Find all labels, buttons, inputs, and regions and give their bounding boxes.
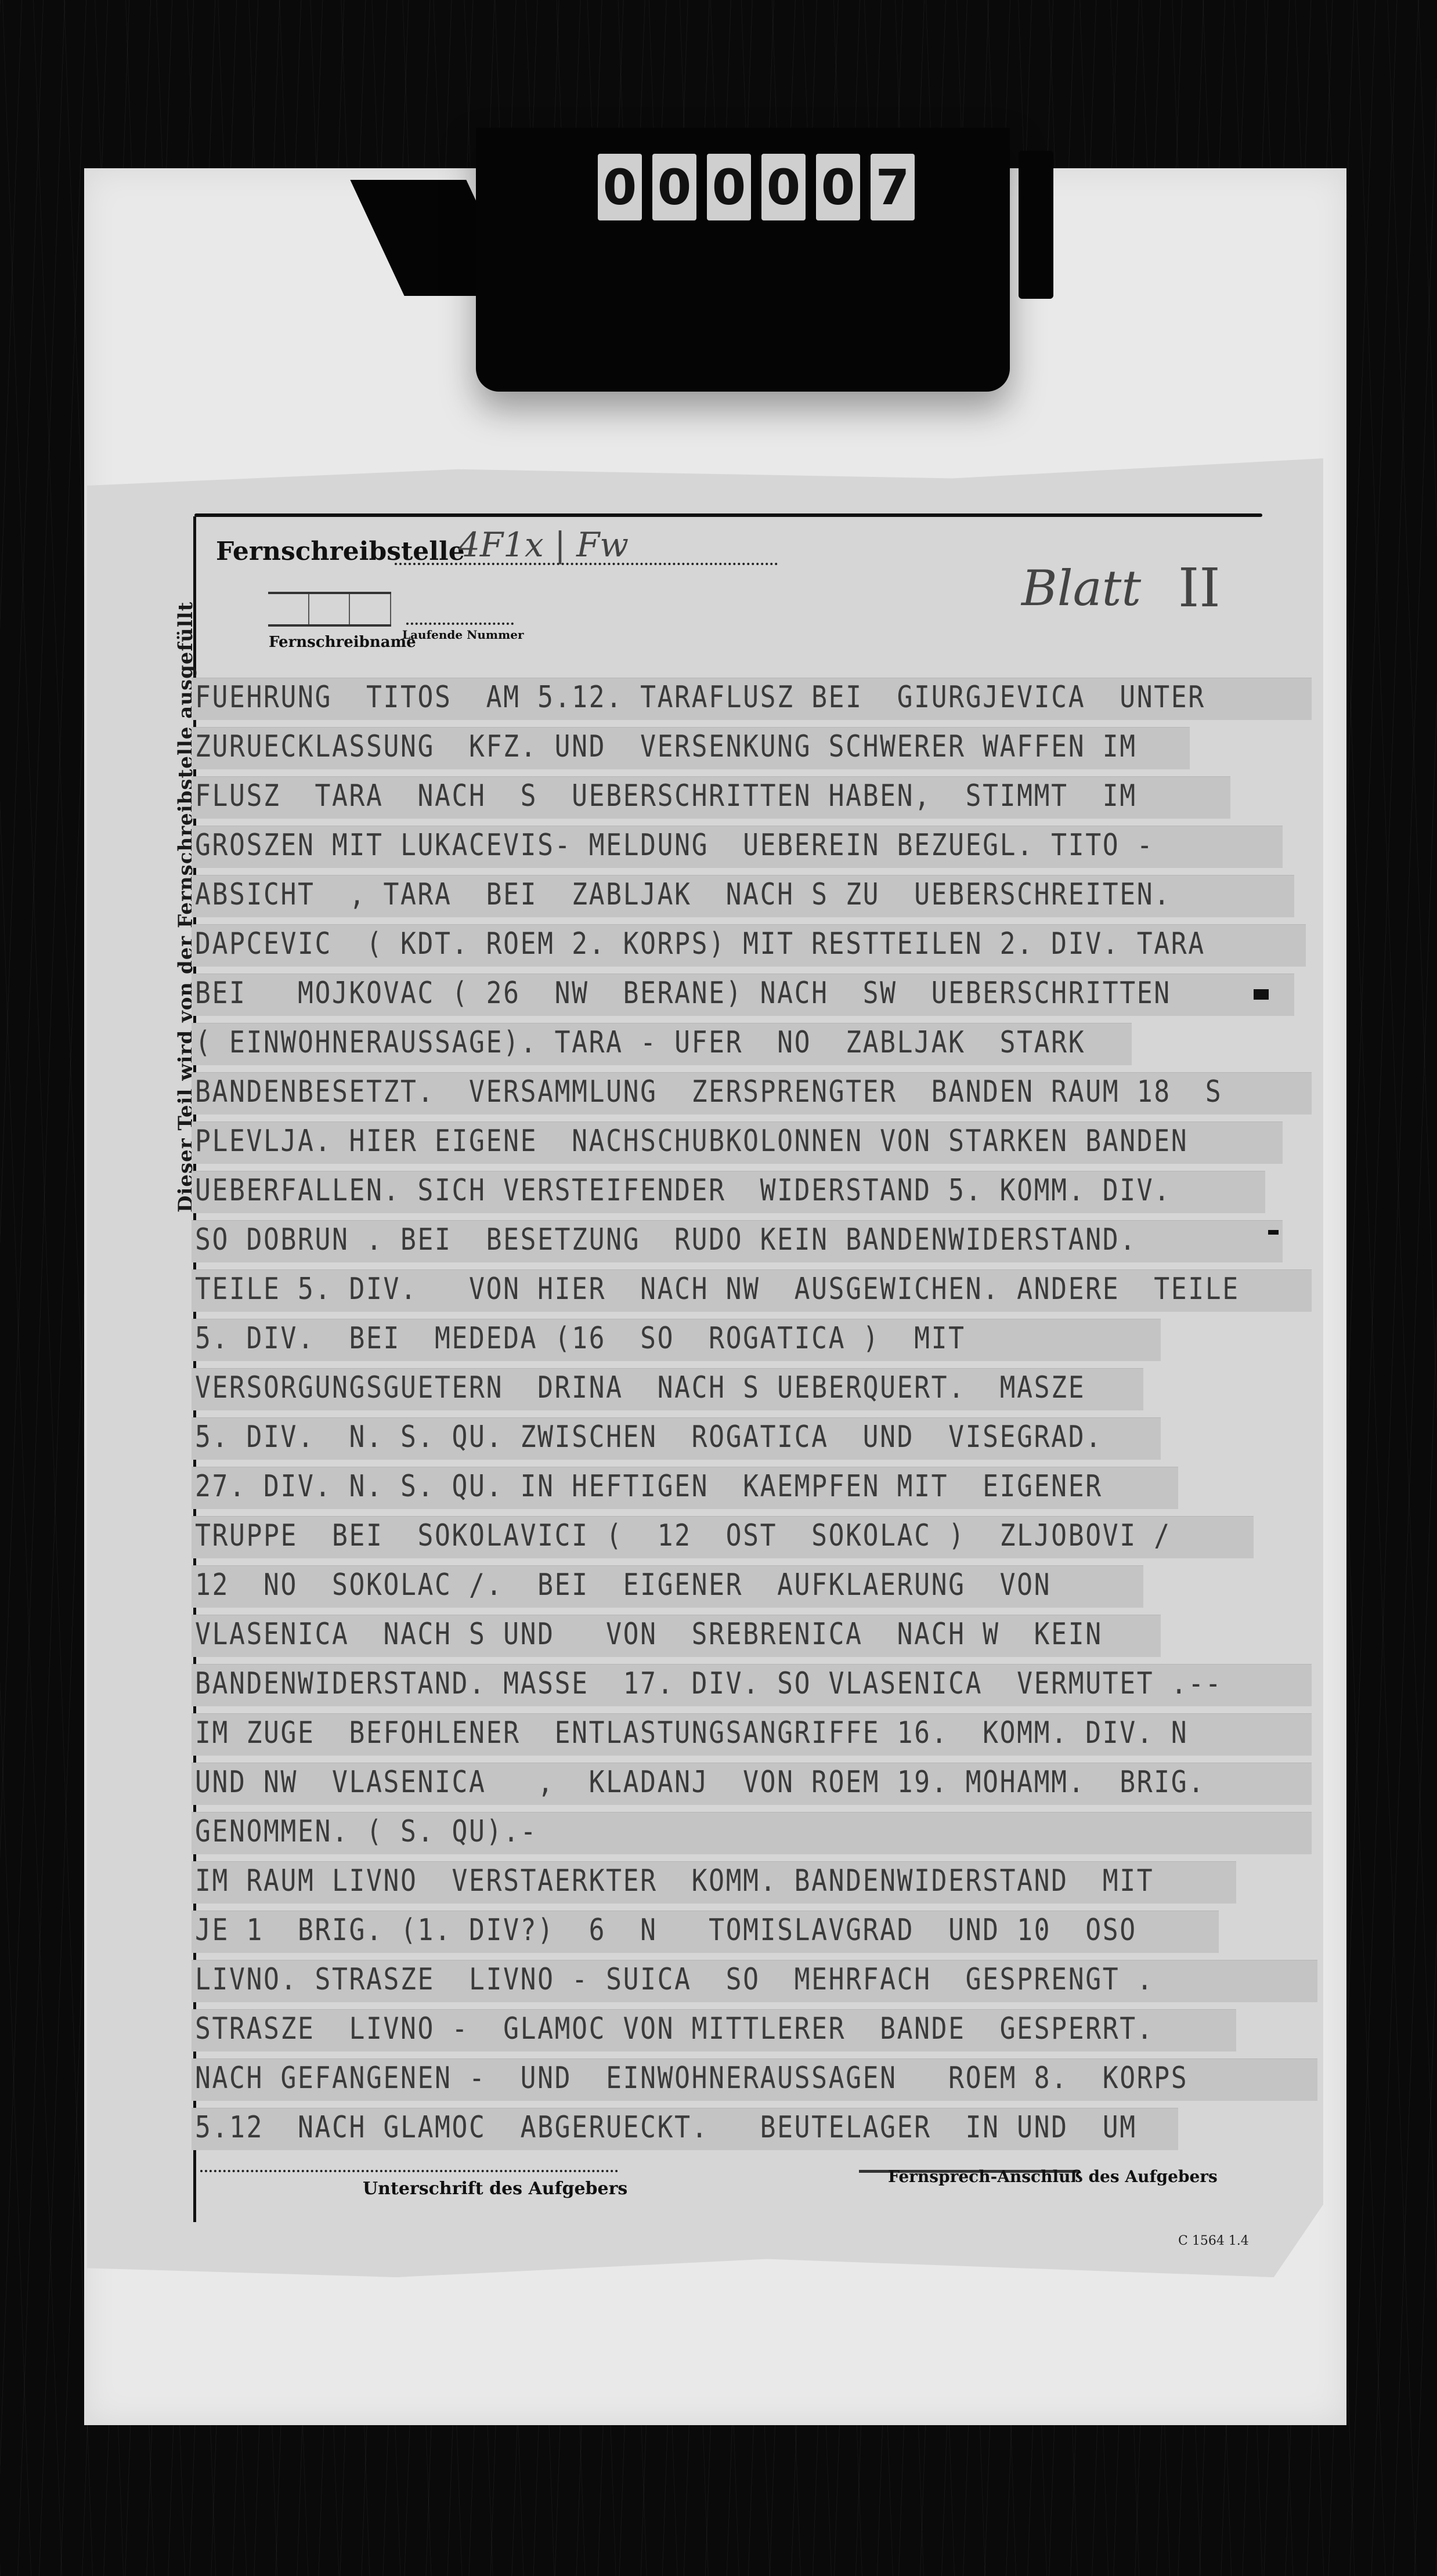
message-line-text: 5. DIV. BEI MEDEDA (16 SO ROGATICA ) MIT [195, 1321, 966, 1356]
message-line-text: IM ZUGE BEFOHLENER ENTLASTUNGSANGRIFFE 1… [195, 1716, 1188, 1750]
message-line-text: ABSICHT , TARA BEI ZABLJAK NACH S ZU UEB… [195, 877, 1171, 912]
message-line-text: 5. DIV. N. S. QU. ZWISCHEN ROGATICA UND … [195, 1420, 1103, 1455]
form-top-rule [194, 513, 1262, 517]
teletype-name-label: Fernschreibname [269, 634, 416, 651]
frame-counter: 0 0 0 0 0 7 [598, 154, 915, 220]
message-line: UND NW VLASENICA , KLADANJ VON ROEM 19. … [192, 1758, 1306, 1807]
message-line: 5. DIV. BEI MEDEDA (16 SO ROGATICA ) MIT [192, 1314, 1306, 1363]
message-line-text: BANDENBESETZT. VERSAMMLUNG ZERSPRENGTER … [195, 1074, 1222, 1109]
message-line: BANDENBESETZT. VERSAMMLUNG ZERSPRENGTER … [192, 1068, 1306, 1117]
counter-digit: 7 [871, 154, 915, 220]
message-line: ZURUECKLASSUNG KFZ. UND VERSENKUNG SCHWE… [192, 722, 1306, 772]
sequence-dotted-line [406, 623, 514, 625]
message-line-text: FUEHRUNG TITOS AM 5.12. TARAFLUSZ BEI GI… [195, 680, 1205, 715]
message-line: SO DOBRUN . BEI BESETZUNG RUDO KEIN BAND… [192, 1215, 1306, 1265]
margin-marker [1254, 989, 1269, 1000]
message-line: IM RAUM LIVNO VERSTAERKTER KOMM. BANDENW… [192, 1857, 1306, 1906]
message-line-text: JE 1 BRIG. (1. DIV?) 6 N TOMISLAVGRAD UN… [195, 1913, 1137, 1948]
counter-digit: 0 [761, 154, 806, 220]
message-line: VERSORGUNGSGUETERN DRINA NACH S UEBERQUE… [192, 1363, 1306, 1413]
sheet-number: II [1178, 557, 1221, 619]
message-line: 5. DIV. N. S. QU. ZWISCHEN ROGATICA UND … [192, 1413, 1306, 1462]
message-line-text: IM RAUM LIVNO VERSTAERKTER KOMM. BANDENW… [195, 1864, 1154, 1898]
message-line-text: BANDENWIDERSTAND. MASSE 17. DIV. SO VLAS… [195, 1666, 1222, 1701]
message-line: BANDENWIDERSTAND. MASSE 17. DIV. SO VLAS… [192, 1659, 1306, 1709]
message-line-text: PLEVLJA. HIER EIGENE NACHSCHUBKOLONNEN V… [195, 1124, 1188, 1159]
message-line: 27. DIV. N. S. QU. IN HEFTIGEN KAEMPFEN … [192, 1462, 1306, 1511]
message-line: ( EINWOHNERAUSSAGE). TARA - UFER NO ZABL… [192, 1018, 1306, 1068]
message-line-text: STRASZE LIVNO - GLAMOC VON MITTLERER BAN… [195, 2011, 1154, 2046]
counter-digit: 0 [707, 154, 751, 220]
message-line: JE 1 BRIG. (1. DIV?) 6 N TOMISLAVGRAD UN… [192, 1906, 1306, 1955]
teletype-name-box [268, 592, 391, 627]
message-line: FLUSZ TARA NACH S UEBERSCHRITTEN HABEN, … [192, 772, 1306, 821]
signature-dotted-line [200, 2170, 618, 2172]
message-line: LIVNO. STRASZE LIVNO - SUICA SO MEHRFACH… [192, 1955, 1306, 2005]
form-code: C 1564 1.4 [1178, 2234, 1249, 2248]
counter-digit: 0 [598, 154, 642, 220]
message-line: ABSICHT , TARA BEI ZABLJAK NACH S ZU UEB… [192, 870, 1306, 920]
sheet-label-handwritten: Blatt [1021, 560, 1141, 617]
message-line: GENOMMEN. ( S. QU).- [192, 1807, 1306, 1857]
margin-marker [1268, 1230, 1279, 1235]
message-line: NACH GEFANGENEN - UND EINWOHNERAUSSAGEN … [192, 2054, 1306, 2103]
message-line: BEI MOJKOVAC ( 26 NW BERANE) NACH SW UEB… [192, 969, 1306, 1018]
message-line: VLASENICA NACH S UND VON SREBRENICA NACH… [192, 1610, 1306, 1659]
message-body: FUEHRUNG TITOS AM 5.12. TARAFLUSZ BEI GI… [192, 673, 1306, 2152]
station-label: Fernschreibstelle [216, 537, 465, 566]
message-line-text: NACH GEFANGENEN - UND EINWOHNERAUSSAGEN … [195, 2061, 1188, 2096]
message-line-text: ( EINWOHNERAUSSAGE). TARA - UFER NO ZABL… [195, 1025, 1085, 1060]
message-line-text: FLUSZ TARA NACH S UEBERSCHRITTEN HABEN, … [195, 779, 1137, 813]
message-line: TEILE 5. DIV. VON HIER NACH NW AUSGEWICH… [192, 1265, 1306, 1314]
message-line: GROSZEN MIT LUKACEVIS- MELDUNG UEBEREIN … [192, 821, 1306, 870]
message-line: 12 NO SOKOLAC /. BEI EIGENER AUFKLAERUNG… [192, 1561, 1306, 1610]
message-line-text: 12 NO SOKOLAC /. BEI EIGENER AUFKLAERUNG… [195, 1568, 1051, 1602]
message-line: IM ZUGE BEFOHLENER ENTLASTUNGSANGRIFFE 1… [192, 1709, 1306, 1758]
message-line-text: UEBERFALLEN. SICH VERSTEIFENDER WIDERSTA… [195, 1173, 1171, 1208]
counter-digit: 0 [816, 154, 860, 220]
message-line-text: TEILE 5. DIV. VON HIER NACH NW AUSGEWICH… [195, 1272, 1240, 1307]
message-line: TRUPPE BEI SOKOLAVICI ( 12 OST SOKOLAC )… [192, 1511, 1306, 1561]
message-line-text: DAPCEVIC ( KDT. ROEM 2. KORPS) MIT RESTT… [195, 927, 1205, 961]
message-line-text: BEI MOJKOVAC ( 26 NW BERANE) NACH SW UEB… [195, 976, 1171, 1011]
message-line: 5.12 NACH GLAMOC ABGERUECKT. BEUTELAGER … [192, 2103, 1306, 2152]
message-line: DAPCEVIC ( KDT. ROEM 2. KORPS) MIT RESTT… [192, 920, 1306, 969]
message-line: UEBERFALLEN. SICH VERSTEIFENDER WIDERSTA… [192, 1166, 1306, 1215]
message-line-text: GROSZEN MIT LUKACEVIS- MELDUNG UEBEREIN … [195, 828, 1154, 863]
message-line: FUEHRUNG TITOS AM 5.12. TARAFLUSZ BEI GI… [192, 673, 1306, 722]
phone-label: Fernsprech-Anschluß des Aufgebers [888, 2167, 1218, 2186]
message-line-text: TRUPPE BEI SOKOLAVICI ( 12 OST SOKOLAC )… [195, 1518, 1171, 1553]
message-line-text: UND NW VLASENICA , KLADANJ VON ROEM 19. … [195, 1765, 1205, 1800]
counter-digit: 0 [652, 154, 696, 220]
message-line-text: GENOMMEN. ( S. QU).- [195, 1814, 537, 1849]
message-line-text: VERSORGUNGSGUETERN DRINA NACH S UEBERQUE… [195, 1370, 1085, 1405]
message-line-text: 27. DIV. N. S. QU. IN HEFTIGEN KAEMPFEN … [195, 1469, 1103, 1504]
signature-label: Unterschrift des Aufgebers [363, 2179, 627, 2199]
message-line-text: 5.12 NACH GLAMOC ABGERUECKT. BEUTELAGER … [195, 2110, 1137, 2145]
message-line-text: LIVNO. STRASZE LIVNO - SUICA SO MEHRFACH… [195, 1962, 1154, 1997]
message-line-text: VLASENICA NACH S UND VON SREBRENICA NACH… [195, 1617, 1103, 1652]
message-line-text: ZURUECKLASSUNG KFZ. UND VERSENKUNG SCHWE… [195, 729, 1137, 764]
sequence-number-label: Laufende Nummer [402, 628, 524, 642]
clip-tab [1019, 151, 1053, 299]
message-line-text: SO DOBRUN . BEI BESETZUNG RUDO KEIN BAND… [195, 1222, 1137, 1257]
station-handwritten: 4F1x | Fw [458, 525, 629, 565]
message-line: STRASZE LIVNO - GLAMOC VON MITTLERER BAN… [192, 2005, 1306, 2054]
message-line: PLEVLJA. HIER EIGENE NACHSCHUBKOLONNEN V… [192, 1117, 1306, 1166]
